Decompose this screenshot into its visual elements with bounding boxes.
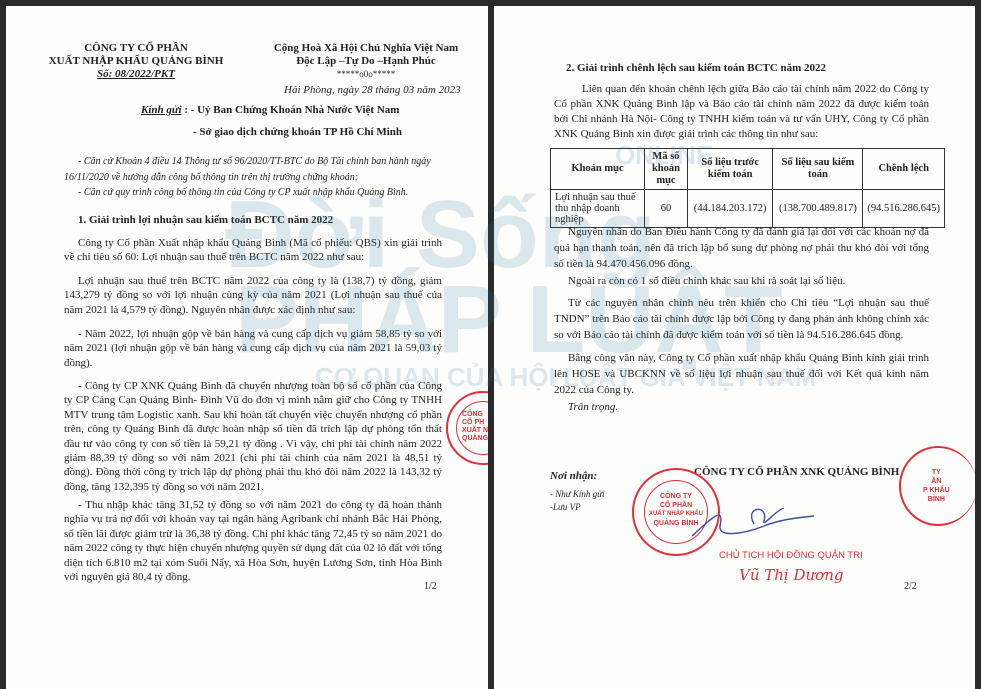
section-1-title: 1. Giải trình lợi nhuận sau kiểm toán BC… <box>78 214 333 226</box>
cell-difference: (94.516.286.645) <box>863 190 945 228</box>
national-motto-line2: Độc Lập –Tự Do –Hạnh Phúc <box>261 55 471 68</box>
table-header-row: Khoản mục Mã số khoản mục Số liệu trước … <box>551 149 945 190</box>
page-number-1: 1/2 <box>424 581 437 592</box>
paragraph-submission: Bằng công văn này, Công ty Cổ phần xuất … <box>554 350 929 398</box>
company-seal-partial-right: TYẦNP KHẨUBÌNH <box>899 446 975 526</box>
table-row: Lợi nhuận sau thuế thu nhập doanh nghiệp… <box>551 190 945 228</box>
document-number: Số: 08/2022/PKT <box>46 68 226 81</box>
col-header-difference: Chênh lệch <box>863 149 945 190</box>
cell-code: 60 <box>645 190 688 228</box>
company-header: CÔNG TY CỔ PHẦN XUẤT NHẬP KHẨU QUẢNG BÌN… <box>46 42 226 81</box>
recipient-item: -Lưu VP <box>550 501 605 514</box>
signer-title: CHỦ TỊCH HỘI ĐỒNG QUẢN TRỊ <box>719 550 863 561</box>
seal-text: XUẤT NHẬ <box>462 427 488 435</box>
cell-item: Lợi nhuận sau thuế thu nhập doanh nghiệp <box>551 190 645 228</box>
document-page-2: 2. Giải trình chênh lệch sau kiểm toán B… <box>494 6 975 689</box>
paragraph-5: - Thu nhập khác tăng 31,52 tỷ đồng so vớ… <box>64 498 442 584</box>
col-header-item: Khoản mục <box>551 149 645 190</box>
recipient-line-1: Kính gửi : - Uỷ Ban Chứng Khoán Nhà Nước… <box>141 104 399 116</box>
document-page-1: CÔNG TY CỔ PHẦN XUẤT NHẬP KHẨU QUẢNG BÌN… <box>6 6 488 689</box>
paragraph-reason: Nguyên nhân do Ban Điều hành Công ty đã … <box>554 224 929 272</box>
kinh-gui-label: Kính gửi <box>141 104 182 116</box>
recipients-title: Nơi nhận: <box>550 470 597 482</box>
recipient-item: - Như Kính gửi <box>550 488 605 501</box>
company-name-line1: CÔNG TY CỔ PHẦN <box>46 42 226 55</box>
signer-company: CÔNG TY CỔ PHẦN XNK QUẢNG BÌNH <box>694 466 899 478</box>
closing-regards: Trân trọng. <box>568 401 618 413</box>
paragraph-2: Lợi nhuận sau thuế trên BCTC năm 2022 củ… <box>64 274 442 317</box>
page-number-2: 2/2 <box>904 581 917 592</box>
seal-text: QUẢNG <box>462 435 488 443</box>
legal-basis-2: - Căn cứ quy trình công bố thông tin của… <box>78 187 458 198</box>
signature-icon <box>684 496 824 546</box>
paragraph-other-adjustments: Ngoài ra còn có 1 số điều chỉnh khác sau… <box>568 274 928 288</box>
audit-difference-table: Khoản mục Mã số khoản mục Số liệu trước … <box>550 148 945 228</box>
document-date: Hải Phòng, ngày 28 tháng 03 năm 2023 <box>284 84 461 96</box>
col-header-code: Mã số khoản mục <box>645 149 688 190</box>
company-seal-partial: CÔNG CỔ PH XUẤT NHẬ QUẢNG <box>446 391 488 465</box>
recipients-list: - Như Kính gửi -Lưu VP <box>550 488 605 514</box>
section-2-title: 2. Giải trình chênh lệch sau kiểm toán B… <box>566 62 826 74</box>
cell-after-audit: (138.700.489.817) <box>773 190 863 228</box>
signer-name: Vũ Thị Dương <box>739 566 843 584</box>
col-header-after-audit: Số liệu sau kiểm toán <box>773 149 863 190</box>
paragraph-1: Công ty Cổ phần Xuất nhập khẩu Quảng Bìn… <box>64 236 442 265</box>
legal-basis-1: - Căn cứ Khoản 4 điều 14 Thông tư số 96/… <box>64 154 444 186</box>
seal-text: CÔNG <box>462 411 488 419</box>
paragraph-3: - Năm 2022, lợi nhuận gộp về bán hàng và… <box>64 327 442 370</box>
cell-before-audit: (44.184.203.172) <box>687 190 773 228</box>
section-2-intro: Liên quan đến khoản chênh lệch giữa Báo … <box>554 82 929 142</box>
recipient-2: - Sở giao dịch chứng khoán TP Hồ Chí Min… <box>193 126 402 138</box>
national-motto-line3: *****o0o***** <box>261 68 471 81</box>
paragraph-conclusion: Từ các nguyên nhân chính nêu trên khiến … <box>554 295 929 343</box>
paragraph-4: - Công ty CP XNK Quảng Bình đã chuyển nh… <box>64 379 442 494</box>
recipient-1: : - Uỷ Ban Chứng Khoán Nhà Nước Việt Nam <box>182 104 400 116</box>
company-name-line2: XUẤT NHẬP KHẨU QUẢNG BÌNH <box>46 55 226 68</box>
national-motto-line1: Cộng Hoà Xã Hội Chủ Nghĩa Việt Nam <box>261 42 471 55</box>
col-header-before-audit: Số liệu trước kiểm toán <box>687 149 773 190</box>
national-header: Cộng Hoà Xã Hội Chủ Nghĩa Việt Nam Độc L… <box>261 42 471 81</box>
seal-text: CỔ PH <box>462 419 488 427</box>
